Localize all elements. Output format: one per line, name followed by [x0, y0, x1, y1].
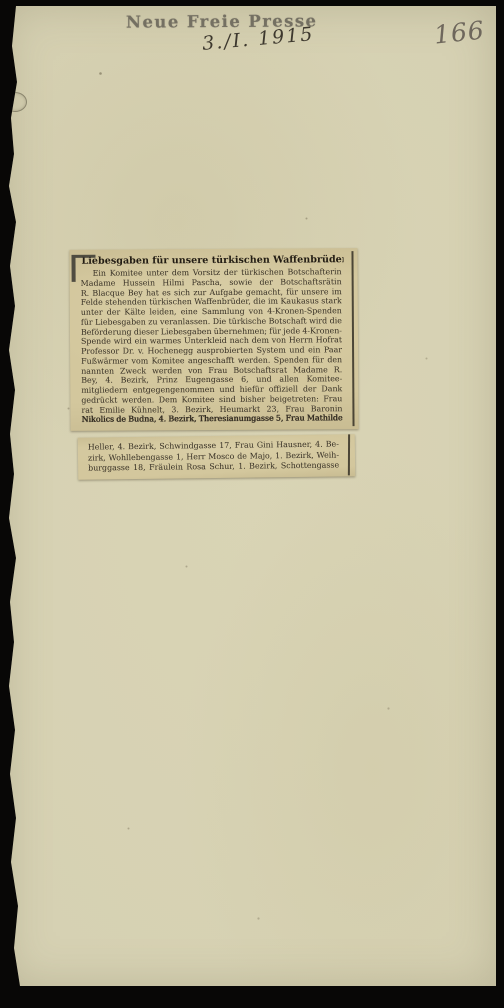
newspaper-clipping-main: Liebesgaben für unsere türkischen Waffen…: [69, 248, 358, 431]
handwritten-page-number: 166: [433, 15, 486, 49]
paper-speckles: [6, 6, 7, 7]
archive-page: Neue Freie Presse 3./I. 1915 166 Liebesg…: [6, 6, 496, 986]
column-rule: [351, 251, 354, 426]
clipping-text-line: Nikolics de Budna, 4. Bezirk, Theresianu…: [81, 413, 342, 424]
clipping-text-line: burggasse 18, Fräulein Rosa Schur, 1. Be…: [88, 461, 339, 475]
clipping-fragment-body: Heller, 4. Bezirk, Schwindgasse 17, Frau…: [88, 435, 339, 475]
column-rule: [348, 434, 350, 475]
clipping-headline: Liebesgaben für unsere türkischen Waffen…: [81, 254, 343, 268]
emboss-ring-mark: [3, 92, 27, 112]
newspaper-clipping-fragment: Heller, 4. Bezirk, Schwindgasse 17, Frau…: [78, 434, 355, 479]
corner-rule-mark: [71, 255, 95, 282]
clipping-body: Ein Komitee unter dem Vorsitz der türkis…: [81, 267, 343, 425]
